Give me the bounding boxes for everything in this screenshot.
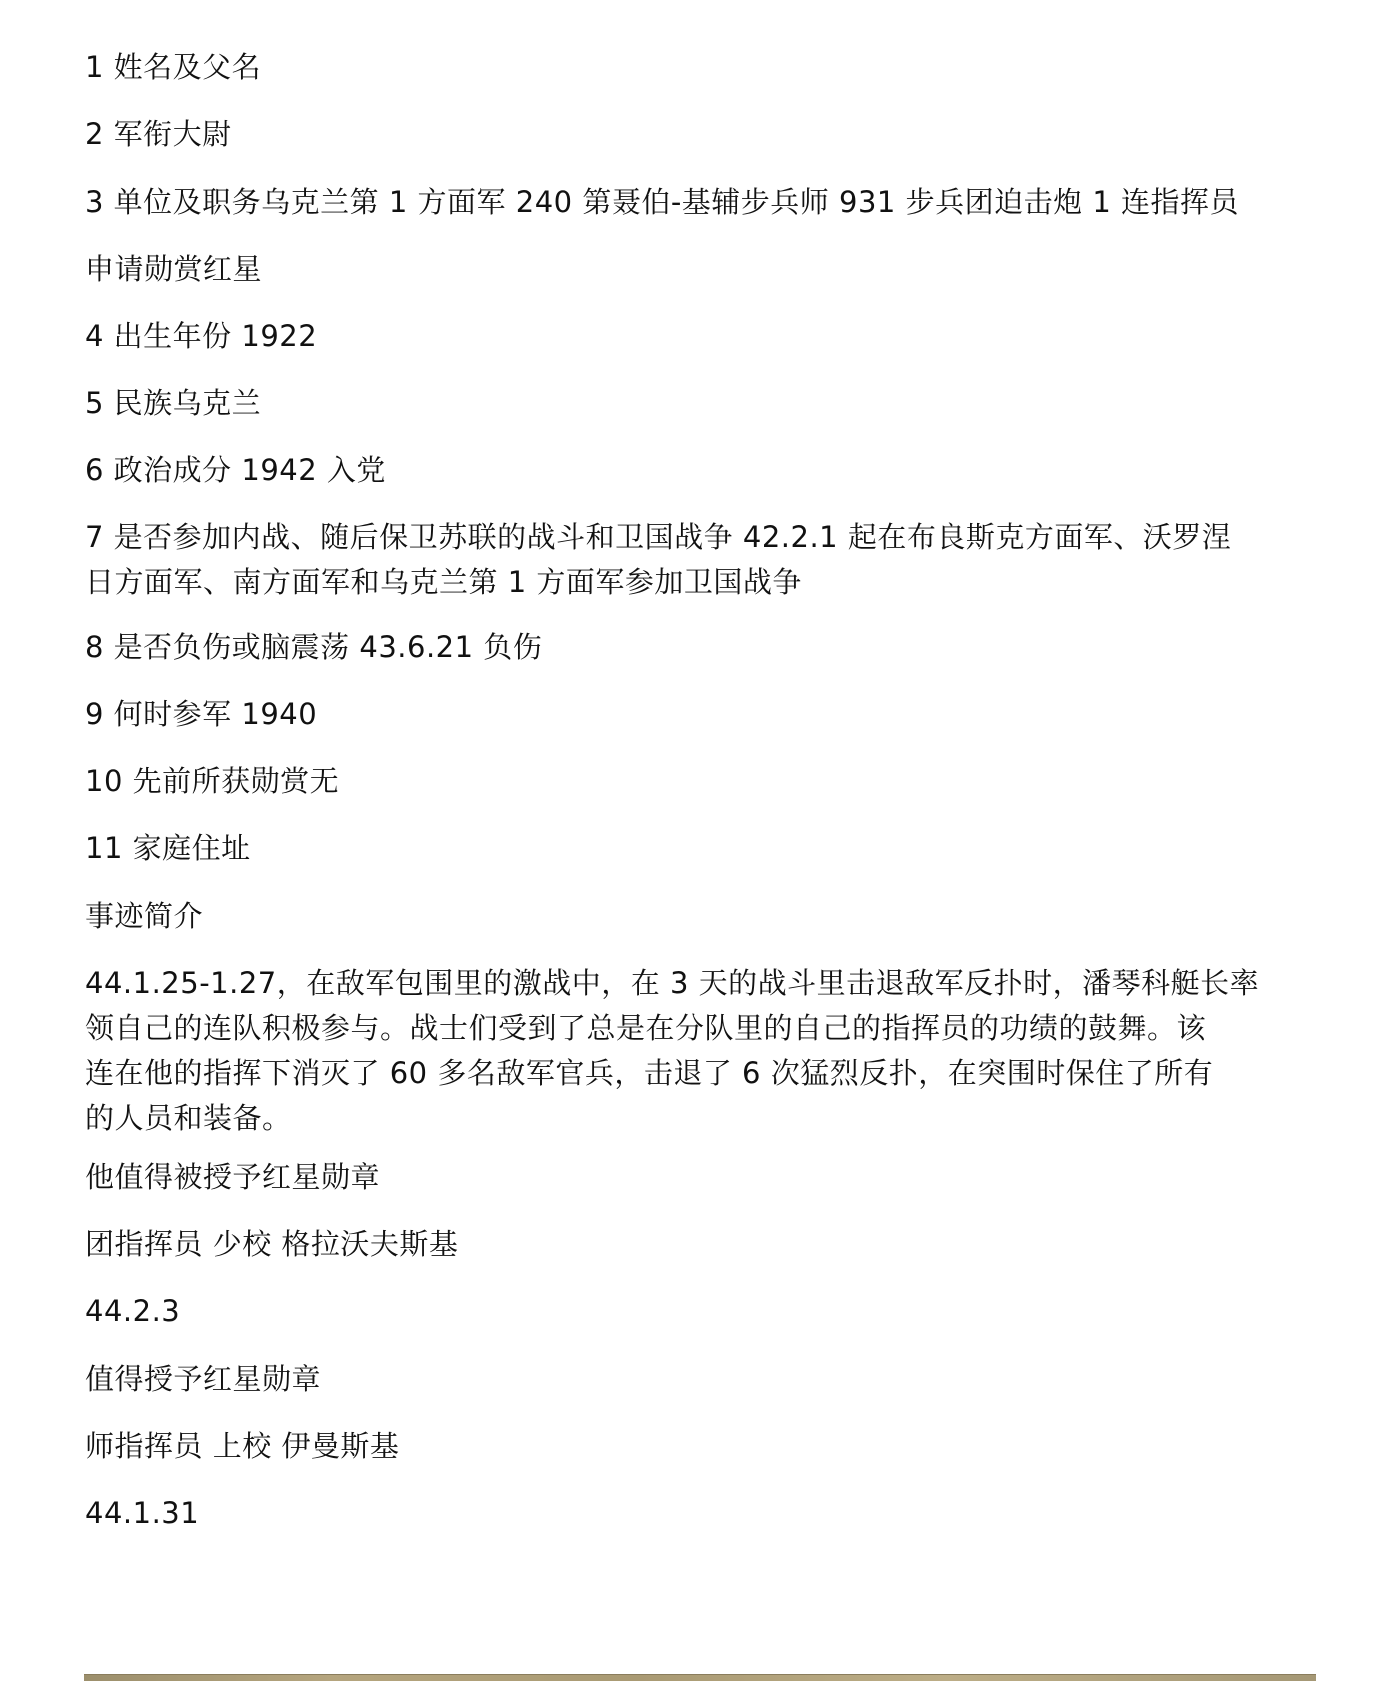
archival-photo-edge xyxy=(84,1674,1316,1681)
summary-heading: 事迹简介 xyxy=(85,894,203,938)
division-recommendation: 值得授予红星勋章 xyxy=(85,1357,321,1401)
field-enlisted: 9 何时参军 1940 xyxy=(85,692,317,736)
regiment-signer: 团指挥员 少校 格拉沃夫斯基 xyxy=(85,1222,458,1266)
field-home-address: 11 家庭住址 xyxy=(85,826,251,870)
field-nationality: 5 民族乌克兰 xyxy=(85,381,261,425)
field-wounds: 8 是否负伤或脑震荡 43.6.21 负伤 xyxy=(85,625,542,669)
war-participation-line-1: 7 是否参加内战、随后保卫苏联的战斗和卫国战争 42.2.1 起在布良斯克方面军… xyxy=(85,515,1320,560)
regiment-recommendation: 他值得被授予红星勋章 xyxy=(85,1155,380,1199)
field-war-participation: 7 是否参加内战、随后保卫苏联的战斗和卫国战争 42.2.1 起在布良斯克方面军… xyxy=(85,515,1320,605)
summary-line-4: 的人员和装备。 xyxy=(85,1096,1320,1141)
summary-line-3: 连在他的指挥下消灭了 60 多名敌军官兵，击退了 6 次猛烈反扑，在突围时保住了… xyxy=(85,1051,1320,1096)
summary-line-1: 44.1.25-1.27，在敌军包围里的激战中，在 3 天的战斗里击退敌军反扑时… xyxy=(85,961,1320,1006)
division-signer: 师指挥员 上校 伊曼斯基 xyxy=(85,1424,399,1468)
field-name: 1 姓名及父名 xyxy=(85,45,261,89)
award-request: 申请勋赏红星 xyxy=(85,247,262,291)
regiment-date: 44.2.3 xyxy=(85,1289,180,1333)
war-participation-line-2: 日方面军、南方面军和乌克兰第 1 方面军参加卫国战争 xyxy=(85,560,1320,605)
field-prior-awards: 10 先前所获勋赏无 xyxy=(85,759,339,803)
summary-line-2: 领自己的连队积极参与。战士们受到了总是在分队里的自己的指挥员的功绩的鼓舞。该 xyxy=(85,1006,1320,1051)
field-unit-position: 3 单位及职务乌克兰第 1 方面军 240 第聂伯-基辅步兵师 931 步兵团迫… xyxy=(85,180,1239,224)
field-rank: 2 军衔大尉 xyxy=(85,112,232,156)
field-birth-year: 4 出生年份 1922 xyxy=(85,314,317,358)
summary-paragraph: 44.1.25-1.27，在敌军包围里的激战中，在 3 天的战斗里击退敌军反扑时… xyxy=(85,961,1320,1141)
division-date: 44.1.31 xyxy=(85,1491,199,1535)
field-party: 6 政治成分 1942 入党 xyxy=(85,448,386,492)
